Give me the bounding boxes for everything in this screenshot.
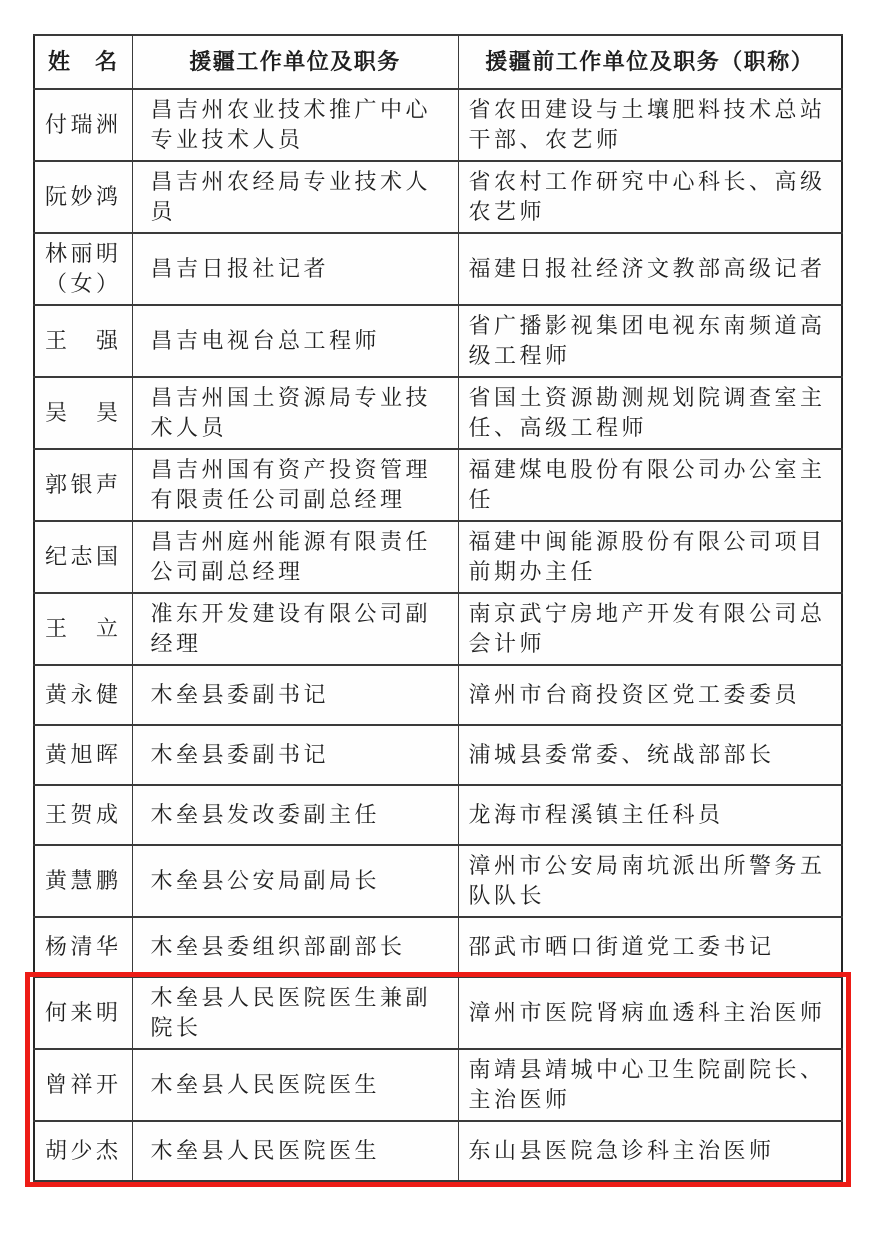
prev-position-cell: 漳州市医院肾病血透科主治医师 (458, 977, 842, 1049)
prev-position-cell: 东山县医院急诊科主治医师 (458, 1121, 842, 1181)
table-row: 王 强 昌吉电视台总工程师 省广播影视集团电视东南频道高级工程师 (34, 305, 842, 377)
prev-position-cell: 省广播影视集团电视东南频道高级工程师 (458, 305, 842, 377)
name-cell: 付瑞洲 (34, 89, 132, 161)
header-row: 姓 名 援疆工作单位及职务 援疆前工作单位及职务（职称） (34, 35, 842, 89)
aid-position-cell: 昌吉电视台总工程师 (132, 305, 458, 377)
aid-position-cell: 昌吉州国有资产投资管理有限责任公司副总经理 (132, 449, 458, 521)
name-cell: 王贺成 (34, 785, 132, 845)
table-row: 王贺成 木垒县发改委副主任 龙海市程溪镇主任科员 (34, 785, 842, 845)
aid-position-cell: 木垒县发改委副主任 (132, 785, 458, 845)
name-cell: 曾祥开 (34, 1049, 132, 1121)
prev-position-cell: 南京武宁房地产开发有限公司总会计师 (458, 593, 842, 665)
name-cell: 纪志国 (34, 521, 132, 593)
table-row: 郭银声 昌吉州国有资产投资管理有限责任公司副总经理 福建煤电股份有限公司办公室主… (34, 449, 842, 521)
header-prev-position: 援疆前工作单位及职务（职称） (458, 35, 842, 89)
prev-position-cell: 南靖县靖城中心卫生院副院长、主治医师 (458, 1049, 842, 1121)
table-row: 黄旭晖 木垒县委副书记 浦城县委常委、统战部部长 (34, 725, 842, 785)
name-cell: 王 立 (34, 593, 132, 665)
header-name: 姓 名 (34, 35, 132, 89)
aid-position-cell: 昌吉州庭州能源有限责任公司副总经理 (132, 521, 458, 593)
table-row: 胡少杰 木垒县人民医院医生 东山县医院急诊科主治医师 (34, 1121, 842, 1181)
table-row: 黄永健 木垒县委副书记 漳州市台商投资区党工委委员 (34, 665, 842, 725)
table-row: 黄慧鹏 木垒县公安局副局长 漳州市公安局南坑派出所警务五队队长 (34, 845, 842, 917)
aid-position-cell: 木垒县委副书记 (132, 725, 458, 785)
prev-position-cell: 福建煤电股份有限公司办公室主任 (458, 449, 842, 521)
name-cell: 黄旭晖 (34, 725, 132, 785)
table-row: 杨清华 木垒县委组织部副部长 邵武市晒口街道党工委书记 (34, 917, 842, 977)
aid-position-cell: 木垒县公安局副局长 (132, 845, 458, 917)
table-row: 付瑞洲 昌吉州农业技术推广中心专业技术人员 省农田建设与土壤肥料技术总站干部、农… (34, 89, 842, 161)
aid-position-cell: 木垒县人民医院医生 (132, 1121, 458, 1181)
prev-position-cell: 省农田建设与土壤肥料技术总站干部、农艺师 (458, 89, 842, 161)
name-cell: 杨清华 (34, 917, 132, 977)
table-header: 姓 名 援疆工作单位及职务 援疆前工作单位及职务（职称） (34, 35, 842, 89)
aid-position-cell: 昌吉日报社记者 (132, 233, 458, 305)
table-row: 纪志国 昌吉州庭州能源有限责任公司副总经理 福建中闽能源股份有限公司项目前期办主… (34, 521, 842, 593)
name-cell: 何来明 (34, 977, 132, 1049)
name-cell: 胡少杰 (34, 1121, 132, 1181)
name-cell: 黄永健 (34, 665, 132, 725)
aid-position-cell: 昌吉州农业技术推广中心专业技术人员 (132, 89, 458, 161)
aid-position-cell: 木垒县委副书记 (132, 665, 458, 725)
prev-position-cell: 邵武市晒口街道党工委书记 (458, 917, 842, 977)
prev-position-cell: 省国土资源勘测规划院调查室主任、高级工程师 (458, 377, 842, 449)
table-row: 林丽明（女） 昌吉日报社记者 福建日报社经济文教部高级记者 (34, 233, 842, 305)
table-row: 曾祥开 木垒县人民医院医生 南靖县靖城中心卫生院副院长、主治医师 (34, 1049, 842, 1121)
aid-position-cell: 木垒县人民医院医生 (132, 1049, 458, 1121)
prev-position-cell: 省农村工作研究中心科长、高级农艺师 (458, 161, 842, 233)
prev-position-cell: 漳州市台商投资区党工委委员 (458, 665, 842, 725)
prev-position-cell: 漳州市公安局南坑派出所警务五队队长 (458, 845, 842, 917)
roster-table: 姓 名 援疆工作单位及职务 援疆前工作单位及职务（职称） 付瑞洲 昌吉州农业技术… (33, 34, 843, 1182)
prev-position-cell: 福建中闽能源股份有限公司项目前期办主任 (458, 521, 842, 593)
aid-position-cell: 准东开发建设有限公司副经理 (132, 593, 458, 665)
table-row: 王 立 准东开发建设有限公司副经理 南京武宁房地产开发有限公司总会计师 (34, 593, 842, 665)
name-cell: 阮妙鸿 (34, 161, 132, 233)
name-cell: 郭银声 (34, 449, 132, 521)
table-row: 阮妙鸿 昌吉州农经局专业技术人员 省农村工作研究中心科长、高级农艺师 (34, 161, 842, 233)
name-cell: 林丽明（女） (34, 233, 132, 305)
table-row: 何来明 木垒县人民医院医生兼副院长 漳州市医院肾病血透科主治医师 (34, 977, 842, 1049)
name-cell: 吴 昊 (34, 377, 132, 449)
aid-position-cell: 木垒县人民医院医生兼副院长 (132, 977, 458, 1049)
aid-position-cell: 木垒县委组织部副部长 (132, 917, 458, 977)
table-body: 付瑞洲 昌吉州农业技术推广中心专业技术人员 省农田建设与土壤肥料技术总站干部、农… (34, 89, 842, 1181)
name-cell: 王 强 (34, 305, 132, 377)
name-cell: 黄慧鹏 (34, 845, 132, 917)
aid-position-cell: 昌吉州农经局专业技术人员 (132, 161, 458, 233)
header-aid-position: 援疆工作单位及职务 (132, 35, 458, 89)
prev-position-cell: 浦城县委常委、统战部部长 (458, 725, 842, 785)
prev-position-cell: 福建日报社经济文教部高级记者 (458, 233, 842, 305)
page: 姓 名 援疆工作单位及职务 援疆前工作单位及职务（职称） 付瑞洲 昌吉州农业技术… (0, 0, 869, 1235)
aid-position-cell: 昌吉州国土资源局专业技术人员 (132, 377, 458, 449)
table-row: 吴 昊 昌吉州国土资源局专业技术人员 省国土资源勘测规划院调查室主任、高级工程师 (34, 377, 842, 449)
prev-position-cell: 龙海市程溪镇主任科员 (458, 785, 842, 845)
